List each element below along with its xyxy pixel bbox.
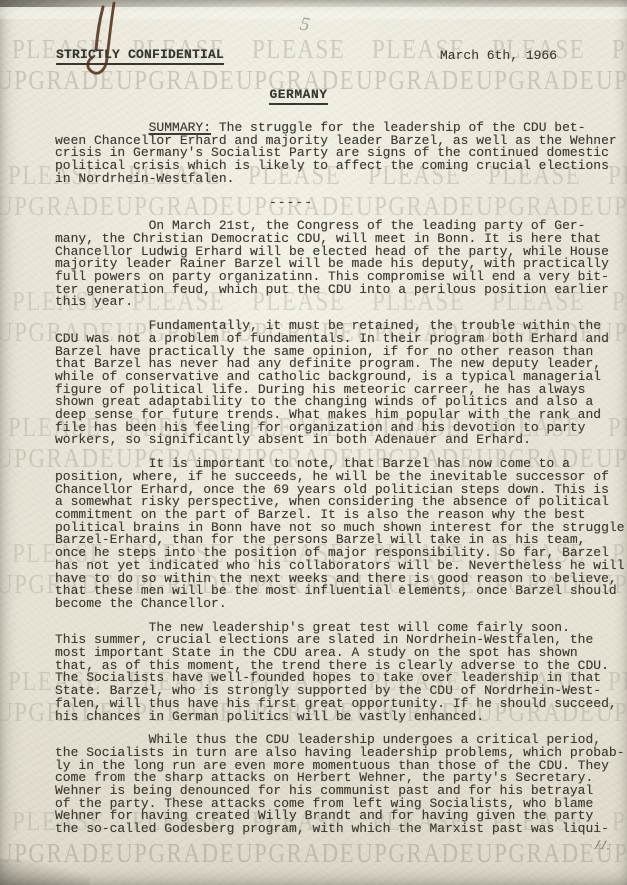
text-line: this year. [55, 296, 627, 309]
paragraph-socialists: While thus the CDU leadership undergoes … [55, 734, 627, 836]
pencil-number-annotation: 5 [298, 13, 311, 36]
text-line: ter generation feud, which put the CDU i… [55, 284, 627, 297]
text-line: in Nordrhein-Westfalen. [55, 173, 627, 186]
document-body: SUMMARY: The struggle for the leadership… [55, 122, 627, 847]
paragraph-leadership-test: The new leadership's great test will com… [55, 622, 627, 724]
watermark-word: UPGRADE [596, 65, 627, 96]
document-date: March 6th, 1966 [440, 48, 557, 63]
paper-corner-shadow [0, 859, 90, 885]
text-line: his chances in German politics will be v… [55, 711, 627, 724]
text-line: ----- [269, 197, 627, 210]
paragraph-fundamentals: Fundamentally, it must be retained, the … [55, 320, 627, 447]
document-page: PLEASEPLEASEPLEASEPLEASEPLEASEPLEASEUPGR… [0, 0, 627, 885]
page-title-text: GERMANY [269, 87, 327, 105]
pen-mark-icon [78, 0, 128, 85]
text-line: workers, so significantly absent in both… [55, 434, 627, 447]
classification-stamp: STRICTLY CONFIDENTIAL [56, 47, 224, 65]
paragraph-congress: On March 21st, the Congress of the leadi… [55, 220, 627, 309]
paragraph-barzel-position: It is important to note, that Barzel has… [55, 458, 627, 610]
text-line: become the Chancellor. [55, 598, 627, 611]
paragraph-summary: SUMMARY: The struggle for the leadership… [55, 122, 627, 186]
page-title: GERMANY [0, 85, 597, 105]
watermark-word: PLEASE [612, 34, 627, 65]
paragraph-separator: ----- [55, 197, 627, 210]
watermark-word: PLEASE [252, 34, 372, 65]
text-line: the so-called Godesberg program, with wh… [55, 823, 627, 836]
